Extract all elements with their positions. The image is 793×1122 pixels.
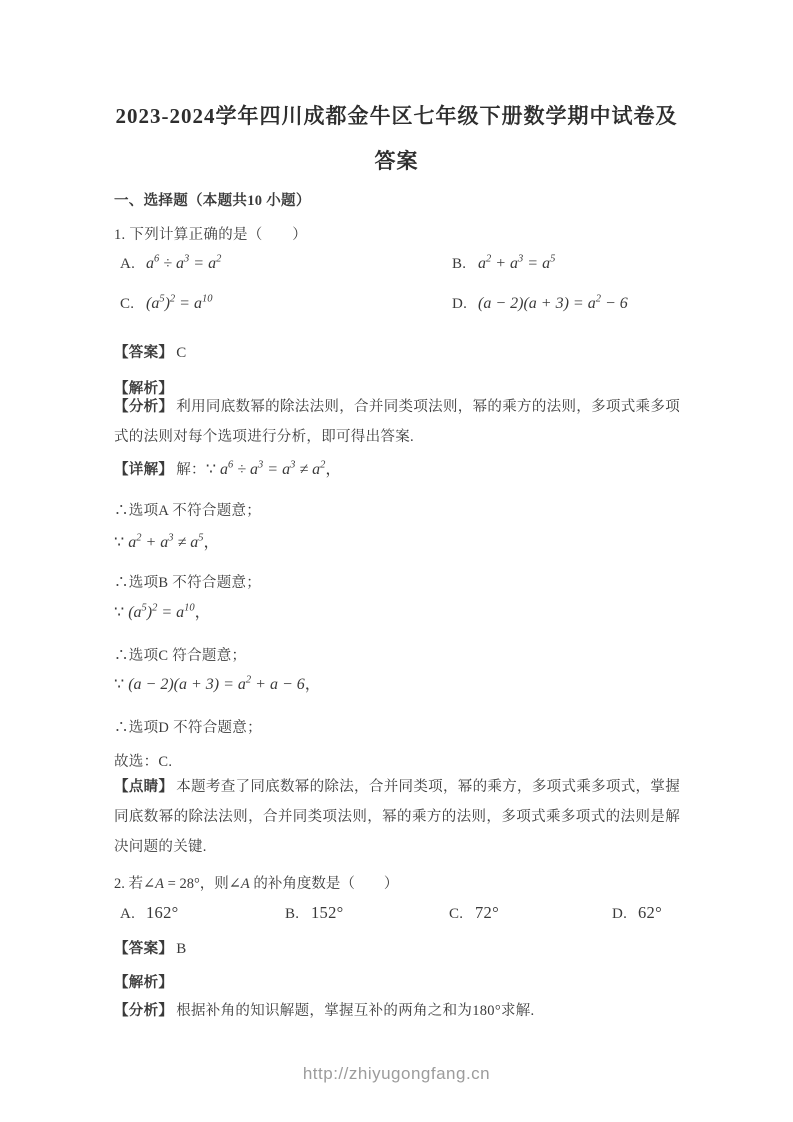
- q1-dianjing-text: 本题考查了同底数幂的除法，合并同类项，幂的乘方，多项式乘多项式，掌握同底数幂的除…: [114, 779, 680, 855]
- document-title-line1: 2023-2024学年四川成都金牛区七年级下册数学期中试卷及: [0, 100, 793, 130]
- q1-step-d-formula: ∵ (a − 2)(a + 3) = a2 + a − 6，: [114, 670, 680, 700]
- question-1-stem: 1. 下列计算正确的是（ ）: [114, 220, 680, 250]
- question-2-stem: 2. 若∠A = 28°，则∠A 的补角度数是（ ）: [114, 869, 680, 899]
- q1-option-b: B.a2 + a3 = a5: [452, 249, 555, 279]
- q2-option-a-value: 162°: [146, 903, 179, 922]
- q2-jiexi-line: 【解析】: [114, 968, 680, 998]
- q1-step-b-formula: ∵ a2 + a3 ≠ a5，: [114, 528, 680, 558]
- q1-option-c-label: C.: [120, 289, 146, 319]
- site-watermark-url: http://zhiyugongfang.cn: [0, 1064, 793, 1084]
- q1-option-a-formula: a6 ÷ a3 = a2: [146, 255, 221, 272]
- q2-answer-line: 【答案】B: [114, 934, 680, 964]
- q1-detail-prefix: 解：: [176, 462, 206, 478]
- q1-option-d-formula: (a − 2)(a + 3) = a2 − 6: [478, 295, 628, 312]
- q1-step-d-conclusion: ∴选项D 不符合题意；: [114, 713, 680, 743]
- q2-option-b-value: 152°: [311, 903, 344, 922]
- q1-option-b-formula: a2 + a3 = a5: [478, 255, 555, 272]
- q2-option-a: A.162°: [120, 898, 179, 929]
- q1-dianjing-tag: 【点睛】: [114, 779, 173, 795]
- q1-option-c-formula: (a5)2 = a10: [146, 295, 212, 312]
- q2-fenxi-tag: 【分析】: [114, 1003, 173, 1019]
- q1-step-b-conclusion: ∴选项B 不符合题意；: [114, 568, 680, 598]
- q1-detail-tag: 【详解】: [114, 462, 173, 478]
- q2-fenxi-paragraph: 【分析】根据补角的知识解题，掌握互补的两角之和为180°求解.: [114, 996, 680, 1026]
- q2-answer-value: B: [176, 941, 186, 957]
- q2-option-a-label: A.: [120, 899, 146, 929]
- q1-step-a-conclusion: ∴选项A 不符合题意；: [114, 496, 680, 526]
- exam-document-page: 2023-2024学年四川成都金牛区七年级下册数学期中试卷及 答案 一、选择题（…: [0, 0, 793, 1122]
- q2-option-d-value: 62°: [638, 903, 662, 922]
- q1-detail-line: 【详解】解：∵ a6 ÷ a3 = a3 ≠ a2，: [114, 455, 680, 485]
- q1-answer-tag: 【答案】: [114, 345, 173, 361]
- q1-option-d: D.(a − 2)(a + 3) = a2 − 6: [452, 289, 628, 319]
- q1-detail-formula: ∵ a6 ÷ a3 = a3 ≠ a2，: [206, 461, 342, 478]
- q1-option-a-label: A.: [120, 249, 146, 279]
- q2-jiexi-tag: 【解析】: [114, 975, 173, 991]
- q1-dianjing-paragraph: 【点睛】本题考查了同底数幂的除法，合并同类项，幂的乘方，多项式乘多项式，掌握同底…: [114, 772, 680, 862]
- q1-fenxi-tag: 【分析】: [114, 399, 173, 415]
- q2-option-b-label: B.: [285, 899, 311, 929]
- q2-option-b: B.152°: [285, 898, 344, 929]
- q2-option-c: C.72°: [449, 898, 499, 929]
- q2-option-c-label: C.: [449, 899, 475, 929]
- q2-answer-tag: 【答案】: [114, 941, 173, 957]
- q2-option-d: D.62°: [612, 898, 662, 929]
- q2-option-c-value: 72°: [475, 903, 499, 922]
- q1-option-c: C.(a5)2 = a10: [120, 289, 212, 319]
- q1-option-a: A.a6 ÷ a3 = a2: [120, 249, 221, 279]
- q1-step-c-conclusion: ∴选项C 符合题意；: [114, 641, 680, 671]
- q2-option-d-label: D.: [612, 899, 638, 929]
- q1-option-d-label: D.: [452, 289, 478, 319]
- q1-option-b-label: B.: [452, 249, 478, 279]
- q1-fenxi-text: 利用同底数幂的除法法则，合并同类项法则，幂的乘方的法则，多项式乘多项式的法则对每…: [114, 399, 680, 445]
- section-heading: 一、选择题（本题共10 小题）: [114, 186, 680, 216]
- q1-fenxi-paragraph: 【分析】利用同底数幂的除法法则，合并同类项法则，幂的乘方的法则，多项式乘多项式的…: [114, 392, 680, 452]
- q1-step-c-formula: ∵ (a5)2 = a10，: [114, 598, 680, 628]
- q1-answer-line: 【答案】C: [114, 338, 680, 368]
- document-title-line2: 答案: [0, 145, 793, 175]
- q2-fenxi-text: 根据补角的知识解题，掌握互补的两角之和为180°求解.: [176, 1003, 534, 1019]
- q1-answer-value: C: [176, 345, 186, 361]
